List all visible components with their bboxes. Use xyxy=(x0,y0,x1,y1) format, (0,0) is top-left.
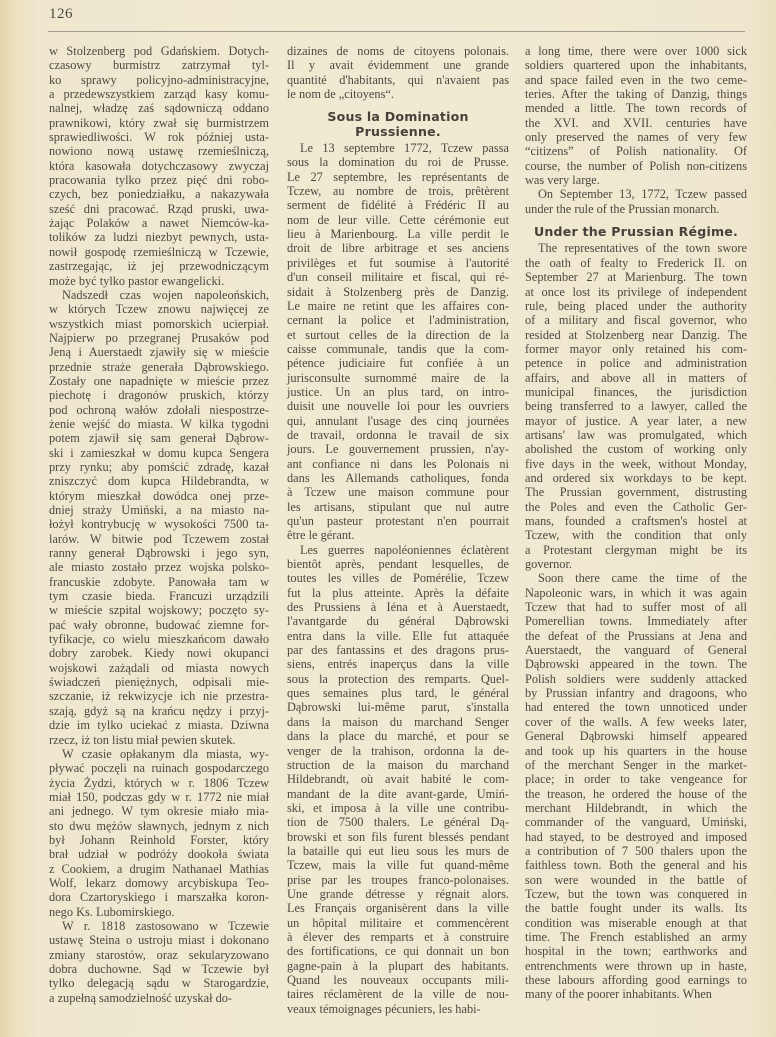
text-line: która kasowała dotychczasowy zwyczaj xyxy=(49,159,269,173)
paragraph: On September 13, 1772, Tczew passedunder… xyxy=(525,187,747,216)
text-line: świadczeń pieniężnych, odpisali mie- xyxy=(49,675,269,689)
text-line: struction de la maison du marchand xyxy=(287,758,509,772)
text-line: governor. xyxy=(525,557,747,571)
text-line: a long time, there were over 1000 sick xyxy=(525,44,747,58)
text-line: venger de la trahison, ordonna la de- xyxy=(287,744,509,758)
section-heading: Under the Prussian Régime. xyxy=(525,225,747,239)
text-line: the oath of fealty to Frederick II. on xyxy=(525,256,747,270)
text-line: was very large. xyxy=(525,173,747,187)
text-line: On September 13, 1772, Tczew passed xyxy=(525,187,747,201)
text-line: nom de leur ville. Cette cérémonie eut xyxy=(287,213,509,227)
text-line: pod ochroną wałów zdołali niespostrze- xyxy=(49,403,269,417)
text-line: mans, founded a craftsmen's hostel at xyxy=(525,514,747,528)
text-line: tion de 7500 thalers. Le général Dą- xyxy=(287,815,509,829)
text-line: son were wounded in the battle of xyxy=(525,873,747,887)
text-line: pać wały obronne, budować ziemne for- xyxy=(49,618,269,632)
text-line: et surtout celles de la direction de la xyxy=(287,328,509,342)
text-line: tolików za ludzi niezbyt pewnych, usta- xyxy=(49,230,269,244)
text-line: rzecz, iż ton listu miał pewien skutek. xyxy=(49,733,269,747)
text-line: nowiono nową ustawę rzemieślniczą, xyxy=(49,144,269,158)
text-line: Les Français organisèrent dans la ville xyxy=(287,901,509,915)
text-line: jours. Le gouvernement prussien, n'ay- xyxy=(287,442,509,456)
text-line: many of the poorer inhabitants. When xyxy=(525,987,747,1001)
text-line: had stayed, to be destroyed and imposed xyxy=(525,830,747,844)
text-line: tym czasie bieda. Francuzi urządzili xyxy=(49,589,269,603)
text-line: The Prussian government, distrusting xyxy=(525,485,747,499)
text-line: des fortifications, ce qui donnait un bo… xyxy=(287,944,509,958)
text-line: nowił gospodę rzemieślniczą w Tczewie, xyxy=(49,245,269,259)
text-line: brał udział w podróży dookoła świata xyxy=(49,847,269,861)
text-line: mayor of justice. A year later, a new xyxy=(525,414,747,428)
text-line: at once lost its privilege of independen… xyxy=(525,285,747,299)
text-line: może być tylko pastor ewangelicki. xyxy=(49,274,269,288)
text-line: zniszczyć dom kupca Hildebrandta, w xyxy=(49,474,269,488)
text-line: Hildebrandt, où avait habité le com- xyxy=(287,772,509,786)
text-line: zmiany starostów, oraz sekularyzowano xyxy=(49,948,269,962)
text-line: dora Czartoryskiego i marszałka koron- xyxy=(49,890,269,904)
text-line: dans les Allemands catholiques, fonda xyxy=(287,471,509,485)
paragraph: Les guerres napoléoniennes éclatèrentbie… xyxy=(287,543,509,1016)
text-line: Tczew, au nombre de trois, prêtèrent xyxy=(287,184,509,198)
text-line: W czasie opłakanym dla miasta, wy- xyxy=(49,747,269,761)
paragraph: w Stolzenberg pod Gdańskiem. Dotych-czas… xyxy=(49,44,269,288)
text-line: ranny generał Dąbrowski i jego syn, xyxy=(49,546,269,560)
text-line: nalnej, władzę zaś sądowniczą oddano xyxy=(49,101,269,115)
text-line: à Tczew une maison commune pour xyxy=(287,485,509,499)
text-line: żając Polaków a nawet Niemców-ka- xyxy=(49,216,269,230)
text-line: sprawiedliwości. W rok później usta- xyxy=(49,130,269,144)
text-line: sidait à Stolzenberg près de Danzig. xyxy=(287,285,509,299)
text-line: przednie straże generała Dąbrowskiego. xyxy=(49,360,269,374)
text-line: sous la domination du roi de Prusse. xyxy=(287,155,509,169)
text-line: w Stolzenberg pod Gdańskiem. Dotych- xyxy=(49,44,269,58)
text-line: abolished the custom of working only xyxy=(525,442,747,456)
text-line: wojskowi zażądali od miasta nowych xyxy=(49,661,269,675)
column-english: a long time, there were over 1000 sickso… xyxy=(525,44,747,1002)
text-line: and space failed even in the two ceme- xyxy=(525,73,747,87)
text-line: Zostały one napadnięte w mieście przez xyxy=(49,374,269,388)
text-line: duisit une nouvelle loi pour les ouvrier… xyxy=(287,399,509,413)
text-line: przy rynku; aby pomścić zdradę, kazał xyxy=(49,460,269,474)
text-line: Quand les nouveaux occupants mili- xyxy=(287,973,509,987)
text-line: petence in police and administration xyxy=(525,356,747,370)
text-line: bientôt après, pendant lesquelles, de xyxy=(287,557,509,571)
text-line: cover of the walls. A few weeks later, xyxy=(525,715,747,729)
text-line: by Prussian infantry and dragoons, who xyxy=(525,686,747,700)
text-line: fut la plus atteinte. Après la défaite xyxy=(287,586,509,600)
text-line: ustawę Steina o ustroju miast i dokonano xyxy=(49,933,269,947)
text-line: entrenchments were thrown up in haste, xyxy=(525,959,747,973)
text-line: Napoleonic wars, in which it was again xyxy=(525,586,747,600)
text-line: Une grande détresse y régnait alors. xyxy=(287,887,509,901)
text-line: le nom de „citoyens“. xyxy=(287,87,509,101)
text-line: these labours affording good earnings to xyxy=(525,973,747,987)
paragraph: W r. 1818 zastosowano w Tczewieustawę St… xyxy=(49,919,269,1005)
section-heading: Sous la Domination Prussienne. xyxy=(287,110,509,139)
text-line: hospital in the town; earthworks and xyxy=(525,944,747,958)
text-line: browski et son fils furent blessés penda… xyxy=(287,830,509,844)
text-line: tyfikacje, co wielu mieszkańcom dawało xyxy=(49,632,269,646)
text-line: quantité d'habitants, qui n'avaient pas xyxy=(287,73,509,87)
text-line: affairs, and above all in matters of xyxy=(525,371,747,385)
text-line: W r. 1818 zastosowano w Tczewie xyxy=(49,919,269,933)
text-line: czych, bez poniedziałku, a nakazywała xyxy=(49,187,269,201)
text-line: siens, entrés inaperçus dans la ville xyxy=(287,657,509,671)
text-line: la bataille qui eut lieu sous les murs d… xyxy=(287,844,509,858)
text-line: tylko delegacją sądu w Starogardzie, xyxy=(49,976,269,990)
text-line: qu'un pasteur protestant n'en pourrait xyxy=(287,514,509,528)
text-line: un hôpital militaire et commencèrent xyxy=(287,916,509,930)
text-line: merchant Hildebrandt, in which the xyxy=(525,801,747,815)
text-line: Nadszedł czas wojen napoleońskich, xyxy=(49,288,269,302)
text-line: taires réclamèrent de la ville de nou- xyxy=(287,987,509,1001)
text-line: The representatives of the town swore xyxy=(525,241,747,255)
text-line: course, the number of Polish non-citizen… xyxy=(525,159,747,173)
text-line: condition was miserable enough at that xyxy=(525,916,747,930)
text-line: à élever des remparts et à construire xyxy=(287,930,509,944)
text-line: the treason, he ordered the house of the xyxy=(525,787,747,801)
text-line: toutes les villes de Pomérélie, Tczew xyxy=(287,571,509,585)
text-line: Najpierw po przegranej Prusaków pod xyxy=(49,331,269,345)
text-line: ani jednego. W tym okresie miało mia- xyxy=(49,804,269,818)
text-line: dans la place du marché, et pour se xyxy=(287,729,509,743)
text-line: commander of the vanguard, Umiński, xyxy=(525,815,747,829)
text-line: ale miasto zostało przez wojska polsko- xyxy=(49,560,269,574)
text-line: serment de fidélité à Frédéric II au xyxy=(287,198,509,212)
text-line: resided at Stolzenberg near Danzig. The xyxy=(525,328,747,342)
text-line: ques semaines plus tard, le général xyxy=(287,686,509,700)
text-line: être le gérant. xyxy=(287,528,509,542)
text-line: mended a little. The town records of xyxy=(525,101,747,115)
text-line: qui, annulant l'usage des cinq journées xyxy=(287,414,509,428)
text-line: par des fantassins et des dragons prus- xyxy=(287,643,509,657)
text-line: miał 150, podczas gdy w r. 1772 nie miał xyxy=(49,790,269,804)
text-line: Il y avait évidemment une grande xyxy=(287,58,509,72)
paragraph: W czasie opłakanym dla miasta, wy-pływać… xyxy=(49,747,269,919)
text-line: jurisconsulte surnommé maire de la xyxy=(287,371,509,385)
text-line: czasowy burmistrz zatrzymał tyl- xyxy=(49,58,269,72)
text-line: którym mieszkał dowódca onej prze- xyxy=(49,489,269,503)
text-line: had entered the town unnoticed under xyxy=(525,700,747,714)
text-line: place; in order to take vengeance for xyxy=(525,772,747,786)
text-line: “citizens” of Polish nationality. Of xyxy=(525,144,747,158)
text-line: Les guerres napoléoniennes éclatèrent xyxy=(287,543,509,557)
paragraph: Soon there came the time of theNapoleoni… xyxy=(525,571,747,1001)
text-line: był Johann Reinhold Forster, który xyxy=(49,833,269,847)
text-line: the Poles and even the Catholic Ger- xyxy=(525,500,747,514)
text-line: of the merchant Senger in the market- xyxy=(525,758,747,772)
text-line: and ordered six workdays to be kept. xyxy=(525,471,747,485)
text-line: Le 27 septembre, les représentants de xyxy=(287,170,509,184)
text-line: a Protestant clergyman might be its xyxy=(525,543,747,557)
text-line: Tczew, with the condition that only xyxy=(525,528,747,542)
text-line: being transferred to a lawyer, called th… xyxy=(525,399,747,413)
text-line: d'un conseil militaire et fiscal, qui ré… xyxy=(287,270,509,284)
column-french: dizaines de noms de citoyens polonais.Il… xyxy=(287,44,509,1016)
text-line: ski, et imposa à la ville une contribu- xyxy=(287,801,509,815)
text-line: dans la maison du marchand Senger xyxy=(287,715,509,729)
text-line: the XVI. and XVII. centuries have xyxy=(525,116,747,130)
text-line: Auerstaedt, the vanguard of General xyxy=(525,643,747,657)
text-line: żenie wejść do miasta. W kilka tygodni xyxy=(49,417,269,431)
paragraph: a long time, there were over 1000 sickso… xyxy=(525,44,747,187)
text-line: francuskie zdobyte. Panowała tam w xyxy=(49,575,269,589)
text-line: pracowania tylko przez pięć dni robo- xyxy=(49,173,269,187)
text-line: szczanie, iż rekwizycje ich nie przestra… xyxy=(49,689,269,703)
text-line: Jeną i Auerstaedt zjawiły się w mieście xyxy=(49,345,269,359)
text-line: des Prussiens à Iéna et à Auerstaedt, xyxy=(287,600,509,614)
text-line: Tczew, but the town was conquered in xyxy=(525,887,747,901)
text-line: entra dans la ville. Elle fut attaquée xyxy=(287,629,509,643)
text-line: dobry zarobek. Kiedy nowi okupanci xyxy=(49,646,269,660)
text-line: the battle fought under its walls. Its xyxy=(525,901,747,915)
text-line: the defeat of the Prussians at Jena and xyxy=(525,629,747,643)
paragraph: Nadszedł czas wojen napoleońskich,w któr… xyxy=(49,288,269,747)
text-line: Wolf, lekarz domowy arcybiskupa Teo- xyxy=(49,876,269,890)
text-line: prise par les troupes franco-polonaises. xyxy=(287,873,509,887)
text-line: larów. W bitwie pod Tczewem został xyxy=(49,532,269,546)
text-line: Le maire ne retint que les affaires con- xyxy=(287,299,509,313)
text-line: gagne-pain à la plupart des habitants. xyxy=(287,959,509,973)
text-line: faithless town. Both the general and his xyxy=(525,858,747,872)
text-line: General Dąbrowski himself appeared xyxy=(525,729,747,743)
text-line: five days in the week, without Monday, xyxy=(525,457,747,471)
text-line: łożył kontrybucję w wysokości 7500 ta- xyxy=(49,517,269,531)
text-line: życia Żydzi, których w r. 1806 Tczew xyxy=(49,776,269,790)
text-line: les artisans, stipulant que nul autre xyxy=(287,500,509,514)
paragraph: dizaines de noms de citoyens polonais.Il… xyxy=(287,44,509,101)
text-line: zastrzegając, iż jej przewodniczącym xyxy=(49,259,269,273)
text-line: justice. Un an plus tard, on intro- xyxy=(287,385,509,399)
text-line: pływać poczęli na ruinach gospodarczego xyxy=(49,761,269,775)
text-line: privilèges et fut soumise à l'autorité xyxy=(287,256,509,270)
text-line: lieu à Marienbourg. La ville perdit le xyxy=(287,227,509,241)
text-line: wszystkich miast pomorskich ucierpiał. xyxy=(49,317,269,331)
paragraph: The representatives of the town sworethe… xyxy=(525,241,747,571)
text-line: only preserved the names of very few xyxy=(525,130,747,144)
text-line: Pomerellian towns. Immediately after xyxy=(525,614,747,628)
text-line: rule, being placed under the authority xyxy=(525,299,747,313)
text-line: Dąbrowski lui-même parut, s'installa xyxy=(287,700,509,714)
text-line: municipal finances, the jurisdiction xyxy=(525,385,747,399)
text-line: szają, gdyż są na krańcu nędzy i przyj- xyxy=(49,704,269,718)
text-line: and took up his quarters in the house xyxy=(525,744,747,758)
text-line: dizaines de noms de citoyens polonais. xyxy=(287,44,509,58)
text-line: September 27 at Marienburg. The town xyxy=(525,270,747,284)
text-line: a zupełną samodzielność uzyskał do- xyxy=(49,991,269,1005)
column-polish: w Stolzenberg pod Gdańskiem. Dotych-czas… xyxy=(49,44,269,1005)
text-line: dzie im tylko uciekać z miasta. Dziwna xyxy=(49,718,269,732)
text-line: a contribution of 7 500 thalers upon the xyxy=(525,844,747,858)
text-line: Soon there came the time of the xyxy=(525,571,747,585)
text-line: prawnikowi, który zwał się burmistrzem xyxy=(49,116,269,130)
text-line: Tczew that had to suffer most of all xyxy=(525,600,747,614)
text-line: Le 13 septembre 1772, Tczew passa xyxy=(287,141,509,155)
paragraph: Le 13 septembre 1772, Tczew passasous la… xyxy=(287,141,509,543)
text-line: former mayor only retained his com- xyxy=(525,342,747,356)
text-line: sto dwu mężów sławnych, jednym z nich xyxy=(49,819,269,833)
text-line: l'avantgarde du général Dąbrowski xyxy=(287,614,509,628)
text-line: ski i zamieszkał w domu kupca Sengera xyxy=(49,446,269,460)
text-line: time. The French established an army xyxy=(525,930,747,944)
text-line: sześć dni pracować. Rząd pruski, uwa- xyxy=(49,202,269,216)
text-line: a przedewszystkiem zarząd kasy komu- xyxy=(49,87,269,101)
text-line: veaux témoignages pécuniers, les habi- xyxy=(287,1002,509,1016)
page-number: 126 xyxy=(49,6,73,23)
text-line: ko sprawy policyjno-administracyjne, xyxy=(49,73,269,87)
text-line: pétence judiciaire fut confiée à un xyxy=(287,356,509,370)
text-line: w których Tczew znowu najwięcej ze xyxy=(49,302,269,316)
text-line: nego Ks. Lubomirskiego. xyxy=(49,905,269,919)
text-line: Polish soldiers were suddenly attacked xyxy=(525,672,747,686)
text-line: Tczew, mais la ville fut quand-même xyxy=(287,858,509,872)
text-line: cernant la police et l'administration, xyxy=(287,313,509,327)
text-line: under the rule of the Prussian monarch. xyxy=(525,202,747,216)
text-line: z Cookiem, a drugim Nathanael Mathias xyxy=(49,862,269,876)
text-line: caisse communale, tandis que la com- xyxy=(287,342,509,356)
text-line: potem zjawił się sam generał Dąbrow- xyxy=(49,431,269,445)
text-line: w mieście szpital wojskowy; poczęto sy- xyxy=(49,603,269,617)
text-line: sous la protection des remparts. Quel- xyxy=(287,672,509,686)
text-line: Dąbrowski appeared in the town. The xyxy=(525,657,747,671)
text-line: dobra duchowne. Sąd w Tczewie był xyxy=(49,962,269,976)
text-line: ant confiance ni dans les Polonais ni xyxy=(287,457,509,471)
text-line: mandant de la dite avant-garde, Umiń- xyxy=(287,787,509,801)
text-line: soldiers quartered upon the inhabitants, xyxy=(525,58,747,72)
text-line: artisans' law was promulgated, which xyxy=(525,428,747,442)
text-line: de travail, ordonna le travail de six xyxy=(287,428,509,442)
text-line: piechotę i dragonów pruskich, którzy xyxy=(49,388,269,402)
text-line: dniej straży Umiński, a na miasto na- xyxy=(49,503,269,517)
text-line: of a military and fiscal governor, who xyxy=(525,313,747,327)
text-line: droit de libre arbitrage et ses anciens xyxy=(287,241,509,255)
text-line: teries. After the taking of Danzig, thin… xyxy=(525,87,747,101)
header-rule xyxy=(48,31,745,32)
